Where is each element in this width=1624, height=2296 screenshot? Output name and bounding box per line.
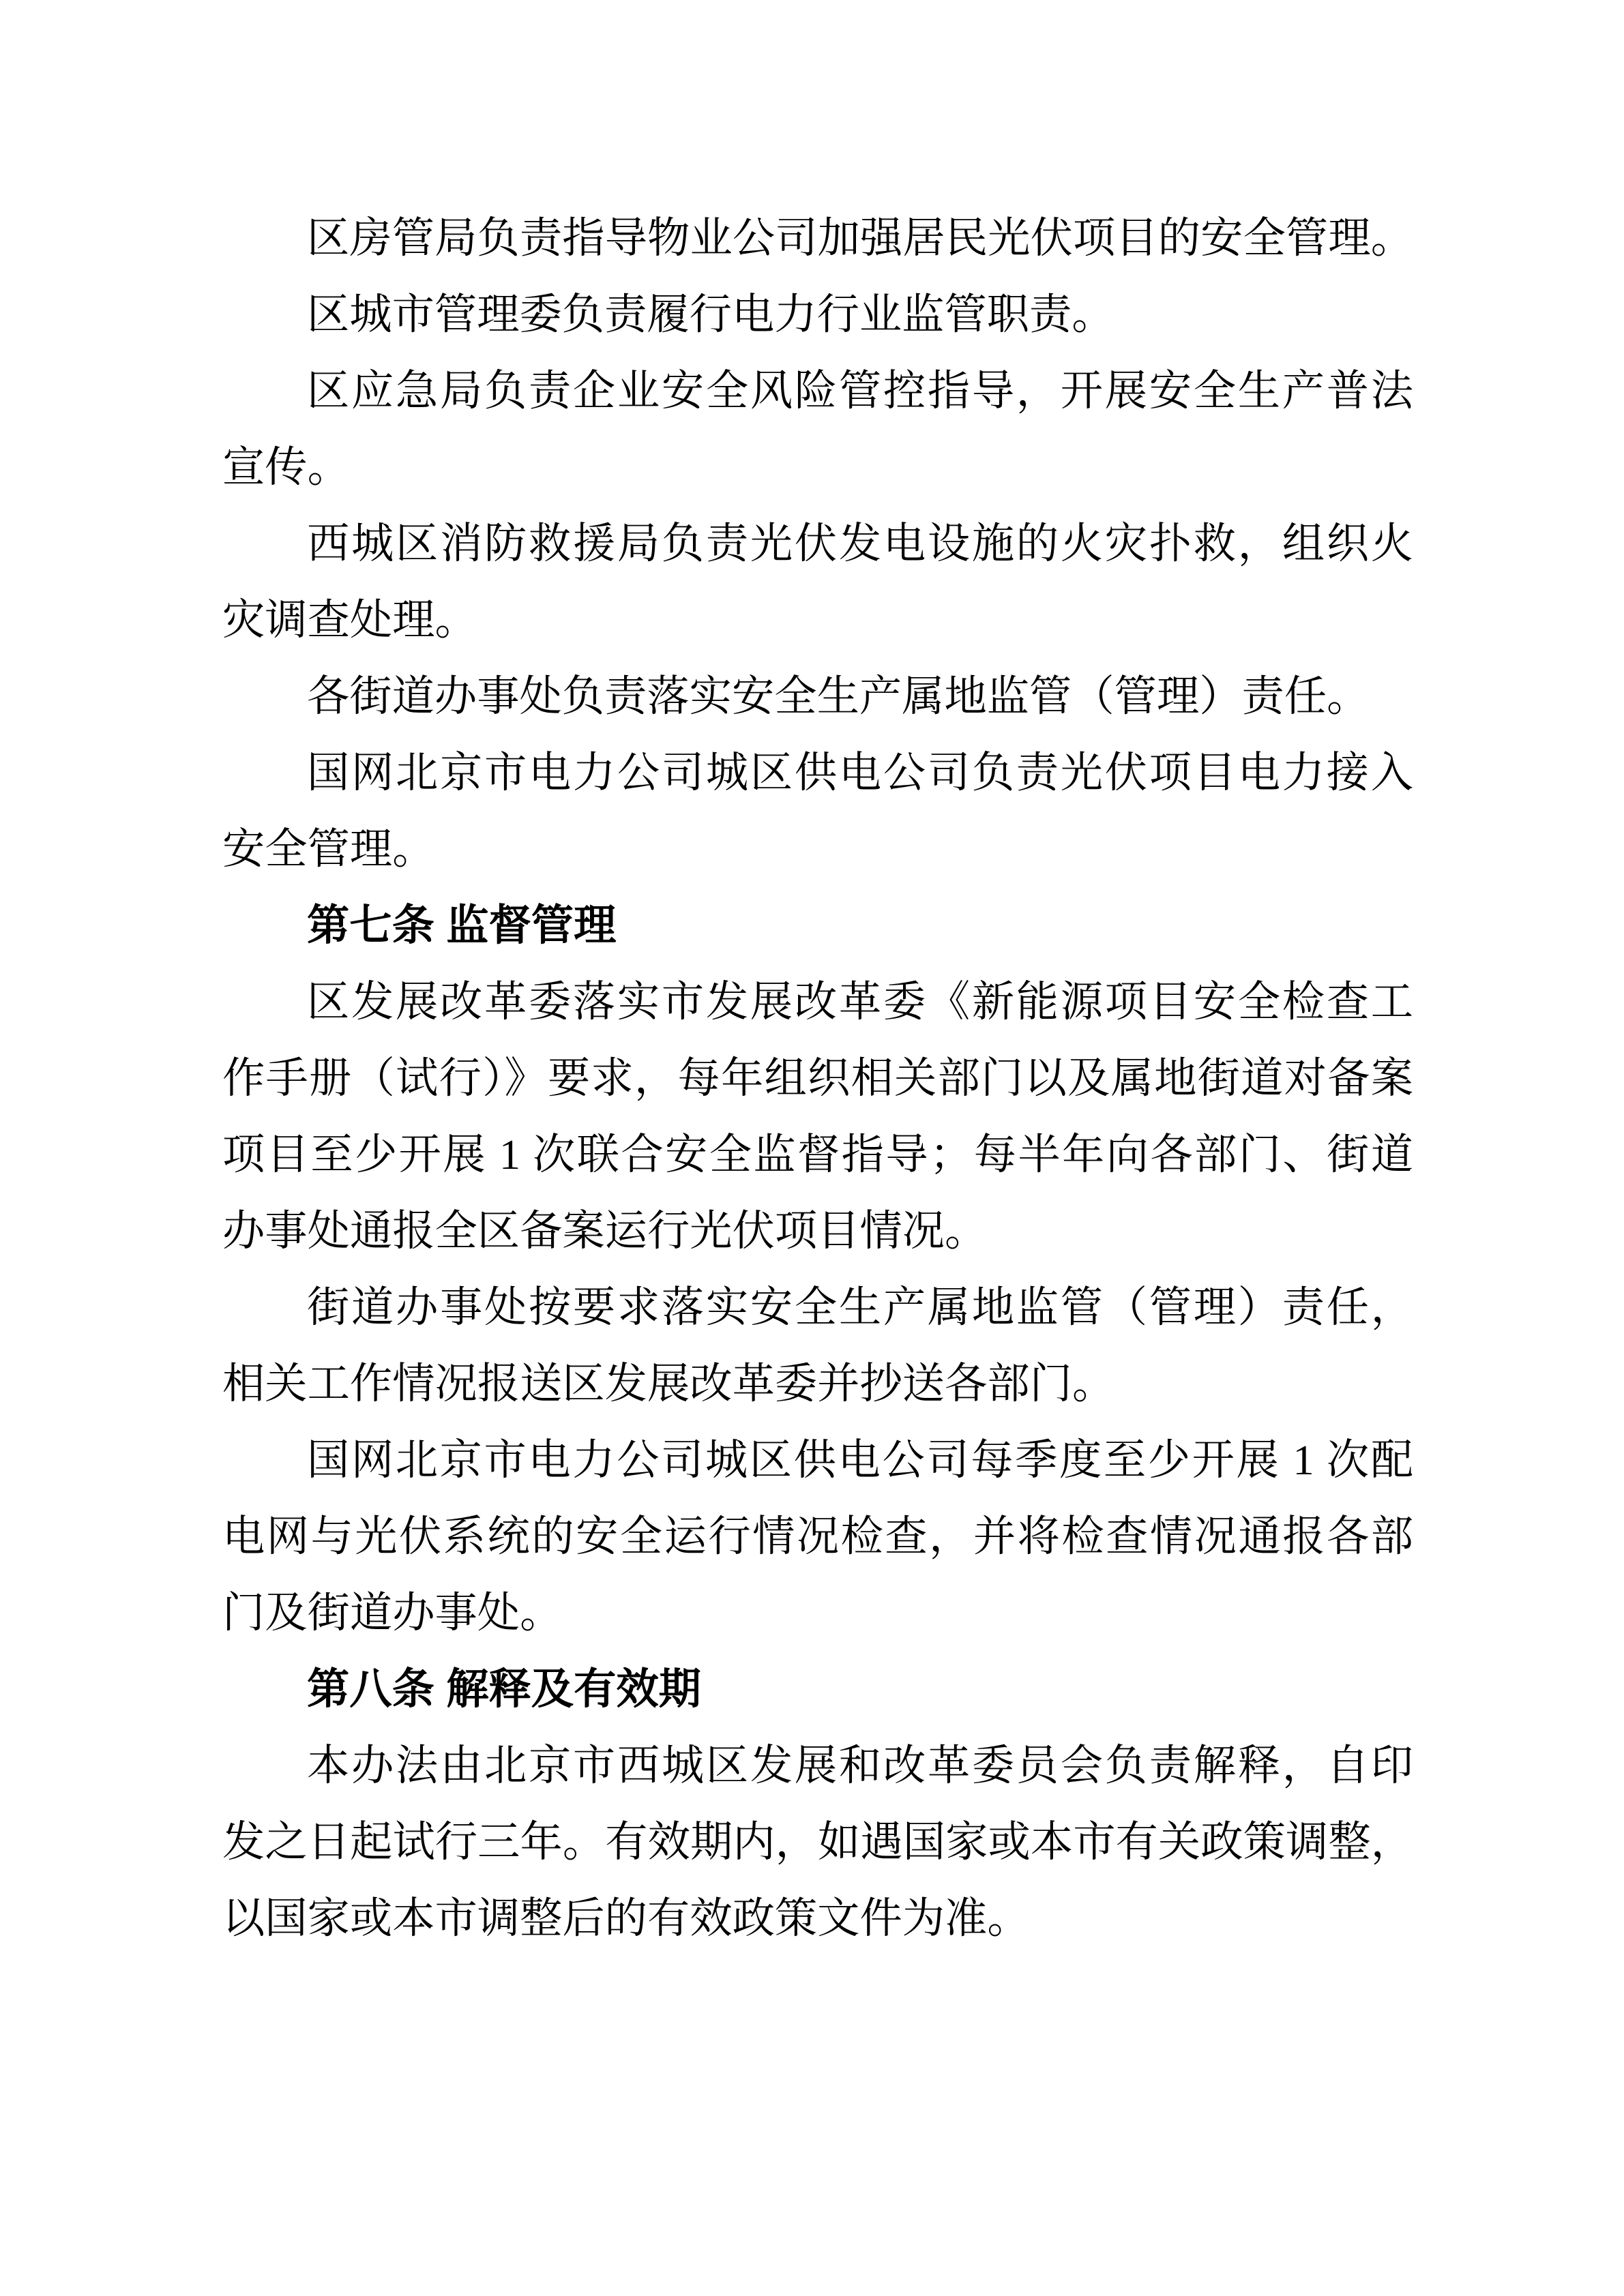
document-page: 区房管局负责指导物业公司加强居民光伏项目的安全管理。 区城市管理委负责履行电力行…: [0, 0, 1624, 2296]
text-line: 国网北京市电力公司城区供电公司负责光伏项目电力接入: [222, 735, 1413, 811]
text-line: 各街道办事处负责落实安全生产属地监管（管理）责任。: [222, 659, 1413, 735]
text-line: 办事处通报全区备案运行光伏项目情况。: [222, 1193, 1413, 1270]
text-line: 发之日起试行三年。有效期内，如遇国家或本市有关政策调整，: [222, 1804, 1413, 1881]
text-line: 灾调查处理。: [222, 582, 1413, 659]
text-block: 区房管局负责指导物业公司加强居民光伏项目的安全管理。 区城市管理委负责履行电力行…: [222, 200, 1413, 1957]
text-line: 区发展改革委落实市发展改革委《新能源项目安全检查工: [222, 964, 1413, 1041]
text-line: 项目至少开展 1 次联合安全监督指导；每半年向各部门、街道: [222, 1117, 1413, 1193]
text-line: 电网与光伏系统的安全运行情况检查，并将检查情况通报各部: [222, 1499, 1413, 1575]
text-line: 区应急局负责企业安全风险管控指导，开展安全生产普法: [222, 353, 1413, 430]
text-line: 以国家或本市调整后的有效政策文件为准。: [222, 1881, 1413, 1957]
text-line: 区城市管理委负责履行电力行业监管职责。: [222, 277, 1413, 353]
text-line: 作手册（试行）》要求，每年组织相关部门以及属地街道对备案: [222, 1041, 1413, 1117]
text-line: 街道办事处按要求落实安全生产属地监管（管理）责任，: [222, 1270, 1413, 1346]
text-line: 门及街道办事处。: [222, 1575, 1413, 1652]
text-line: 本办法由北京市西城区发展和改革委员会负责解释，自印: [222, 1728, 1413, 1804]
text-line: 国网北京市电力公司城区供电公司每季度至少开展 1 次配: [222, 1422, 1413, 1499]
text-line: 西城区消防救援局负责光伏发电设施的火灾扑救，组织火: [222, 506, 1413, 582]
text-line: 区房管局负责指导物业公司加强居民光伏项目的安全管理。: [222, 200, 1413, 277]
text-line: 宣传。: [222, 430, 1413, 506]
text-line: 安全管理。: [222, 811, 1413, 888]
section-heading-article-8: 第八条 解释及有效期: [222, 1652, 1413, 1728]
text-line: 相关工作情况报送区发展改革委并抄送各部门。: [222, 1346, 1413, 1422]
section-heading-article-7: 第七条 监督管理: [222, 888, 1413, 964]
